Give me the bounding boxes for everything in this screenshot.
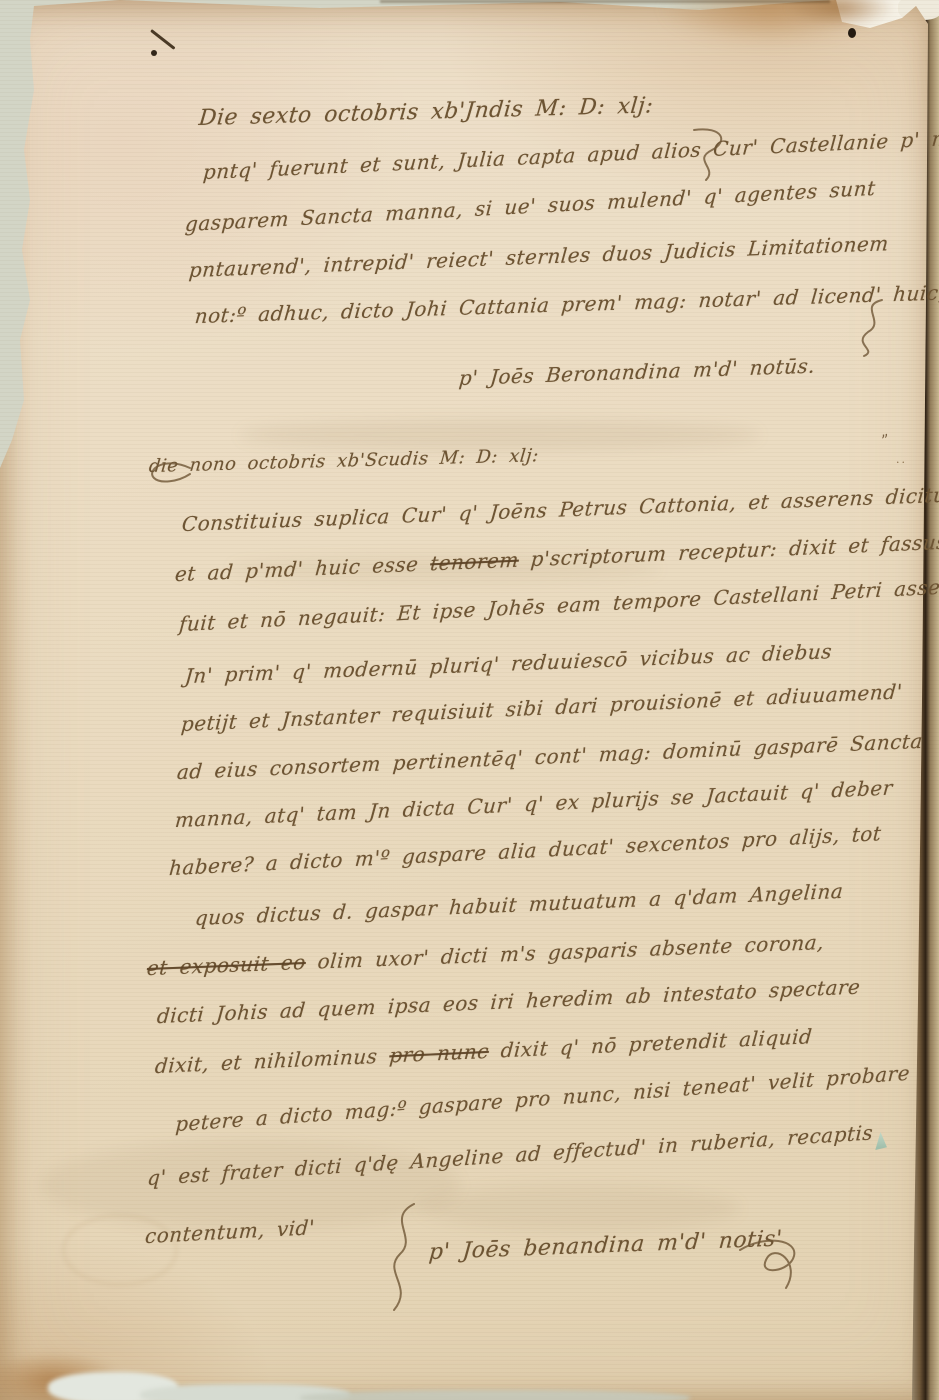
entry-9-october-body-line: Constituius suplica Cur' q' Joēns Petrus… [181, 482, 939, 536]
entry-9-october-body-line: et exposuit eo olim uxor' dicti m's gasp… [146, 930, 825, 980]
entry-6-october-body-line: pntaurend', intrepid' reiect' sternles d… [188, 231, 890, 282]
handwritten-text: p' Joēs Beronandina m'd' notūs. [458, 354, 816, 391]
handwritten-text: Jn' prim' q' modernū pluriq' reduuiescō … [184, 639, 833, 688]
entry-9-october-body-line: dixit, et nihilominus pro nunc dixit q' … [154, 1024, 813, 1078]
entry-9-october-body-line: et ad p'md' huic esse tenorem p'scriptor… [174, 530, 939, 586]
entry-9-october-body-line: petijt et Jnstanter requisiuit sibi dari… [180, 679, 903, 736]
handwritten-text: pntaurend', intrepid' reiect' sternles d… [188, 231, 890, 282]
handwritten-text: manna, atq' tam Jn dicta Cur' q' ex plur… [174, 775, 894, 832]
handwritten-text: habere? a dicto m'º gaspare alia ducat' … [168, 821, 882, 880]
handwritten-text: petijt et Jnstanter requisiuit sibi dari… [180, 679, 903, 736]
handwritten-text: not:º adhuc, dicto Johi Cattania prem' m… [194, 280, 939, 328]
entry-9-october-body-line: dicti Johis ad quem ipsa eos iri heredim… [156, 975, 861, 1029]
handwritten-text: die nono octobris xb'Scudis M: D: xlj: [148, 445, 540, 477]
struck-text: et exposuit eo [146, 950, 307, 980]
handwritten-text: dixit, et nihilominus [154, 1043, 390, 1078]
entry-9-october-body-line: habere? a dicto m'º gaspare alia ducat' … [168, 821, 882, 880]
handwritten-text: p'scriptorum receptur: dixit et fassus [518, 530, 939, 572]
entry-9-october-body-line: manna, atq' tam Jn dicta Cur' q' ex plur… [174, 775, 894, 832]
manuscript-scan: „ ·· Die sexto octobris xb'Jndis M: D: x… [0, 0, 939, 1400]
handwritten-text: q' est frater dicti q'dę Angeline ad eff… [147, 1120, 874, 1190]
handwritten-text: pntq' fuerunt et sunt, Julia capta apud … [202, 125, 939, 184]
notary-subscription-1-line: p' Joēs Beronandina m'd' notūs. [458, 354, 816, 391]
entry-6-october-body-line: not:º adhuc, dicto Johi Cattania prem' m… [194, 280, 939, 328]
entry-6-october-body-line: gasparem Sancta manna, si ue' suos mulen… [184, 176, 876, 236]
entry-9-october-heading-line: die nono octobris xb'Scudis M: D: xlj: [148, 445, 540, 477]
entry-6-october-heading-line: Die sexto octobris xb'Jndis M: D: xlj: [198, 93, 655, 131]
entry-6-october-body-line: pntq' fuerunt et sunt, Julia capta apud … [202, 125, 939, 184]
handwritten-text: contentum, vid' [144, 1215, 315, 1248]
entry-9-october-body-line: Jn' prim' q' modernū pluriq' reduuiescō … [184, 639, 833, 688]
handwritten-text: ad eius consortem pertinentēq' cont' mag… [176, 729, 924, 784]
handwritten-text: quos dictus d. gaspar habuit mutuatum a … [194, 879, 844, 930]
handwritten-text: et ad p'md' huic esse [174, 551, 431, 586]
entry-9-october-body-line: fuit et nō negauit: Et ipse Johēs eam te… [178, 572, 939, 636]
entry-9-october-body-line: q' est frater dicti q'dę Angeline ad eff… [147, 1120, 874, 1190]
entry-9-october-body-line: quos dictus d. gaspar habuit mutuatum a … [194, 879, 844, 930]
struck-text: pro nunc [388, 1039, 489, 1068]
struck-text: tenorem [429, 548, 520, 576]
handwritten-text: Constituius suplica Cur' q' Joēns Petrus… [181, 482, 939, 536]
text-layer: Die sexto octobris xb'Jndis M: D: xlj:pn… [0, 0, 939, 1400]
handwritten-text: p' Joēs benandina m'd' notis' [428, 1226, 783, 1265]
handwritten-text: dicti Johis ad quem ipsa eos iri heredim… [156, 975, 861, 1029]
handwritten-text: Die sexto octobris xb'Jndis M: D: xlj: [198, 93, 655, 131]
handwritten-text: dixit q' nō pretendit aliquid [488, 1024, 813, 1063]
handwritten-text: gasparem Sancta manna, si ue' suos mulen… [184, 176, 876, 236]
handwritten-text: olim uxor' dicti m's gasparis absente co… [305, 930, 825, 974]
notary-subscription-2-line: p' Joēs benandina m'd' notis' [428, 1226, 783, 1265]
handwritten-text: fuit et nō negauit: Et ipse Johēs eam te… [178, 572, 939, 636]
entry-9-october-body-line: ad eius consortem pertinentēq' cont' mag… [176, 729, 924, 784]
entry-9-october-body-line: contentum, vid' [144, 1215, 315, 1248]
